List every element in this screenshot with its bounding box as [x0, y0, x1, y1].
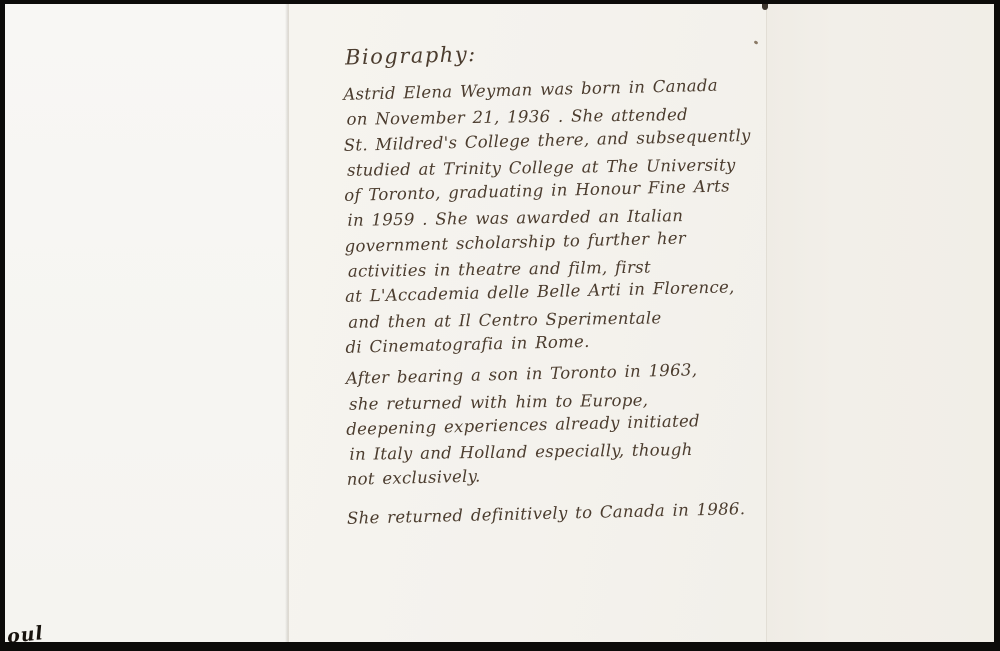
handwriting-paragraph: She returned definitively to Canada in 1… — [347, 502, 767, 531]
paper-right-of-crease — [766, 4, 994, 642]
handwriting-paragraph: After bearing a son in Toronto in 1963,s… — [346, 362, 767, 492]
corner-ink-mark: oul — [6, 622, 45, 642]
photo-frame: Biography: Astrid Elena Weyman was born … — [0, 0, 1000, 651]
handwriting-line: She returned definitively to Canada in 1… — [347, 495, 767, 531]
photographed-page: Biography: Astrid Elena Weyman was born … — [5, 4, 994, 642]
handwriting-block: Biography: Astrid Elena Weyman was born … — [343, 38, 767, 531]
blank-sheet-left — [5, 4, 288, 642]
handwriting-paragraph: Astrid Elena Weyman was born in Canadaon… — [343, 78, 765, 360]
paper-blemish-top — [762, 4, 768, 10]
biography-body: Astrid Elena Weyman was born in Canadaon… — [343, 78, 767, 531]
